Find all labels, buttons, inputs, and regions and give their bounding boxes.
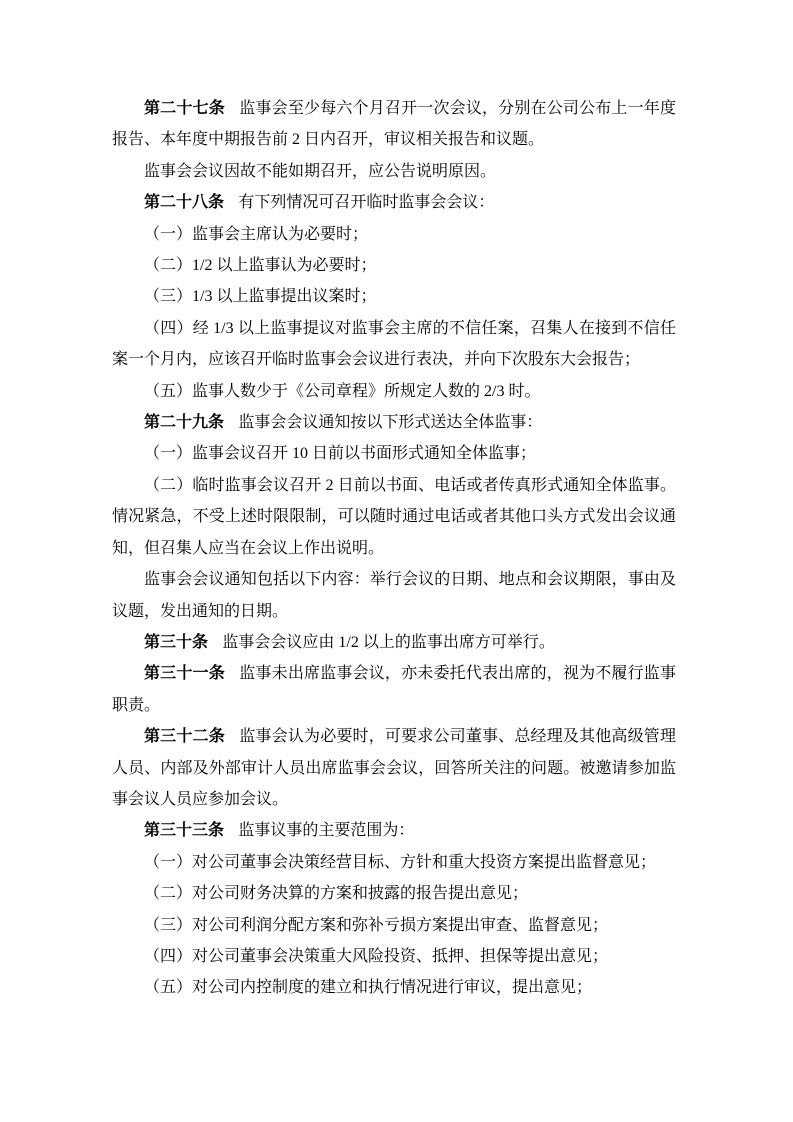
paragraph-text: （三）1/3 以上监事提出议案时； xyxy=(144,288,376,305)
paragraph: （三）对公司利润分配方案和弥补亏损方案提出审查、监督意见； xyxy=(112,910,676,941)
paragraph: （二）1/2 以上监事认为必要时； xyxy=(112,250,676,281)
paragraph-text: （五）监事人数少于《公司章程》所规定人数的 2/3 时。 xyxy=(144,383,540,400)
paragraph: （一）监事会主席认为必要时； xyxy=(112,219,676,250)
paragraph: （五）对公司内控制度的建立和执行情况进行审议，提出意见； xyxy=(112,972,676,1003)
paragraph: （二）临时监事会议召开 2 日前以书面、电话或者传真形式通知全体监事。情况紧急，… xyxy=(112,470,676,564)
paragraph: 监事会会议因故不能如期召开，应公告说明原因。 xyxy=(112,156,676,187)
article-number: 第二十九条 xyxy=(144,414,224,431)
article-number: 第二十八条 xyxy=(144,194,224,211)
paragraph-text: （一）监事会议召开 10 日前以书面形式通知全体监事； xyxy=(144,445,536,462)
paragraph: 第三十二条监事会认为必要时，可要求公司董事、总经理及其他高级管理人员、内部及外部… xyxy=(112,721,676,815)
document-page: 第二十七条监事会至少每六个月召开一次会议，分别在公司公布上一年度报告、本年度中期… xyxy=(0,0,793,1122)
paragraph: 第二十八条有下列情况可召开临时监事会会议： xyxy=(112,187,676,218)
paragraph-text: 有下列情况可召开临时监事会会议： xyxy=(238,194,494,211)
paragraph-text: （五）对公司内控制度的建立和执行情况进行审议，提出意见； xyxy=(144,979,592,996)
paragraph: 第二十七条监事会至少每六个月召开一次会议，分别在公司公布上一年度报告、本年度中期… xyxy=(112,93,676,156)
paragraph: （五）监事人数少于《公司章程》所规定人数的 2/3 时。 xyxy=(112,376,676,407)
paragraph-text: 监事会会议通知按以下形式送达全体监事： xyxy=(238,414,542,431)
paragraph-text: （一）监事会主席认为必要时； xyxy=(144,226,368,243)
paragraph: （四）经 1/3 以上监事提议对监事会主席的不信任案，召集人在接到不信任案一个月… xyxy=(112,313,676,376)
paragraph-text: 监事会会议通知包括以下内容：举行会议的日期、地点和会议期限，事由及议题，发出通知… xyxy=(112,571,676,619)
paragraph-text: 监事会会议应由 1/2 以上的监事出席方可举行。 xyxy=(222,634,554,651)
paragraph: 第三十三条监事议事的主要范围为： xyxy=(112,815,676,846)
paragraph: （三）1/3 以上监事提出议案时； xyxy=(112,281,676,312)
article-number: 第三十二条 xyxy=(144,728,225,745)
document-body: 第二十七条监事会至少每六个月召开一次会议，分别在公司公布上一年度报告、本年度中期… xyxy=(112,93,676,1004)
article-number: 第二十七条 xyxy=(144,100,225,117)
paragraph-text: （二）1/2 以上监事认为必要时； xyxy=(144,257,376,274)
article-number: 第三十条 xyxy=(144,634,208,651)
paragraph-text: 监事议事的主要范围为： xyxy=(238,822,414,839)
paragraph-text: （二）临时监事会议召开 2 日前以书面、电话或者传真形式通知全体监事。情况紧急，… xyxy=(112,477,676,557)
paragraph-text: （一）对公司董事会决策经营目标、方针和重大投资方案提出监督意见； xyxy=(144,854,656,871)
article-number: 第三十一条 xyxy=(144,665,225,682)
paragraph-text: 监事会会议因故不能如期召开，应公告说明原因。 xyxy=(144,163,496,180)
paragraph-text: （二）对公司财务决算的方案和披露的报告提出意见； xyxy=(144,885,528,902)
paragraph-text: （四）经 1/3 以上监事提议对监事会主席的不信任案，召集人在接到不信任案一个月… xyxy=(112,320,676,368)
paragraph: （一）对公司董事会决策经营目标、方针和重大投资方案提出监督意见； xyxy=(112,847,676,878)
article-number: 第三十三条 xyxy=(144,822,224,839)
paragraph: （一）监事会议召开 10 日前以书面形式通知全体监事； xyxy=(112,438,676,469)
paragraph: （四）对公司董事会决策重大风险投资、抵押、担保等提出意见； xyxy=(112,941,676,972)
paragraph: 第三十条监事会会议应由 1/2 以上的监事出席方可举行。 xyxy=(112,627,676,658)
paragraph: 监事会会议通知包括以下内容：举行会议的日期、地点和会议期限，事由及议题，发出通知… xyxy=(112,564,676,627)
paragraph-text: （三）对公司利润分配方案和弥补亏损方案提出审查、监督意见； xyxy=(144,917,608,934)
paragraph: （二）对公司财务决算的方案和披露的报告提出意见； xyxy=(112,878,676,909)
paragraph-text: （四）对公司董事会决策重大风险投资、抵押、担保等提出意见； xyxy=(144,948,608,965)
paragraph: 第三十一条监事未出席监事会议，亦未委托代表出席的，视为不履行监事职责。 xyxy=(112,658,676,721)
paragraph: 第二十九条监事会会议通知按以下形式送达全体监事： xyxy=(112,407,676,438)
